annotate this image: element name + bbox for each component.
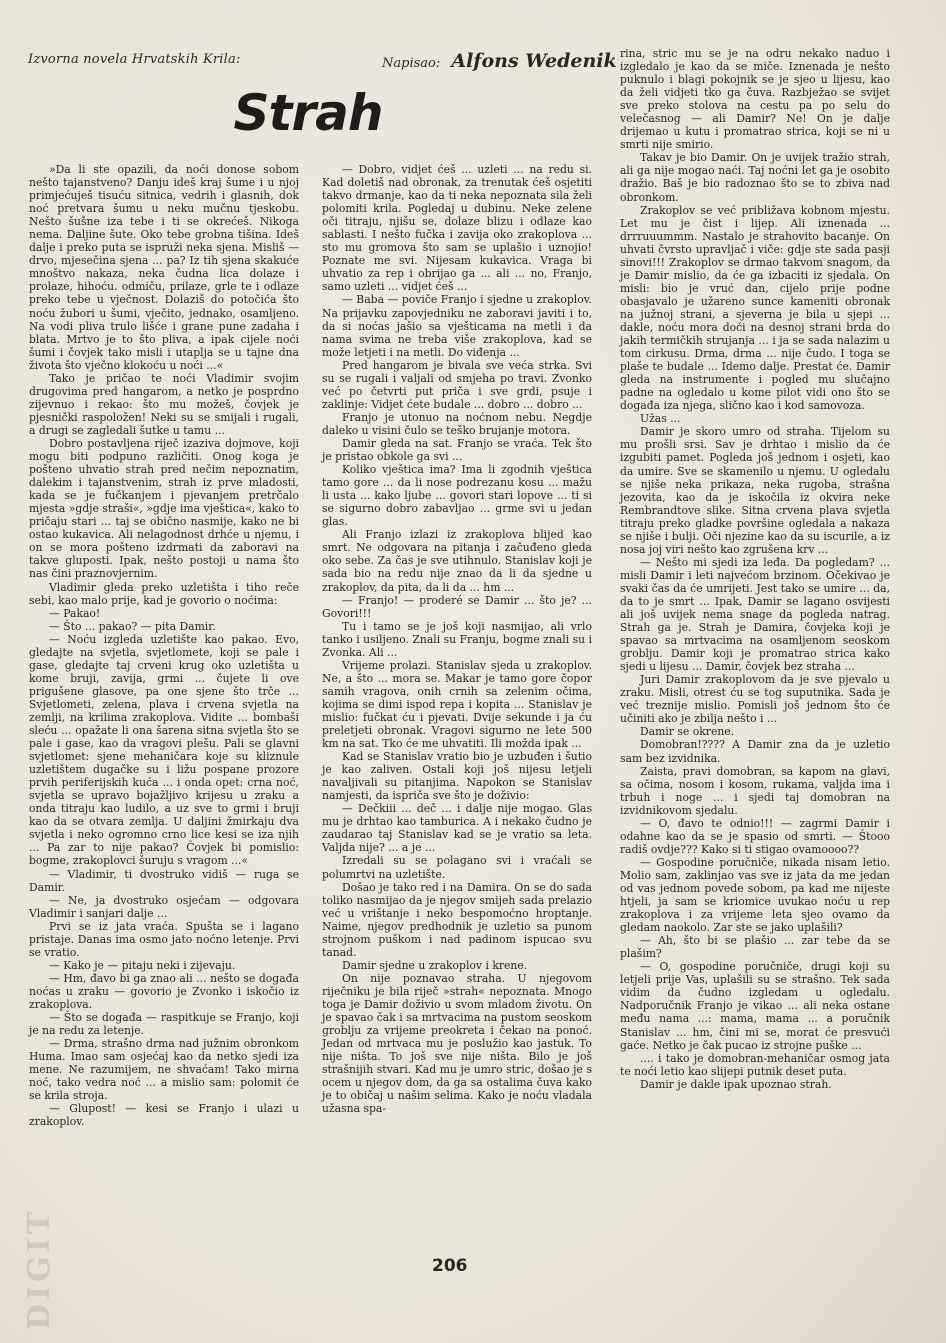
paragraph: — Dečkiii ... deč ... i dalje nije mogao… xyxy=(322,802,592,854)
paragraph: Zrakoplov se već približava kobnom mjest… xyxy=(620,204,890,413)
paragraph: — Što se događa — raspitkuje se Franjo, … xyxy=(29,1011,299,1037)
paragraph: Pred hangarom je bivala sve veća strka. … xyxy=(322,359,592,411)
paragraph: Damir sjedne u zrakoplov i krene. xyxy=(322,959,592,972)
paragraph: Koliko vještica ima? Ima li zgodnih vješ… xyxy=(322,463,592,528)
paragraph: rina, stric mu se je na odru nekako nadu… xyxy=(620,47,890,151)
paragraph: — Noću izgleda uzletište kao pakao. Evo,… xyxy=(29,633,299,868)
paragraph: — Drma, strašno drma nad južnim obronkom… xyxy=(29,1037,299,1102)
paragraph: Tu i tamo se je još koji nasmijao, ali v… xyxy=(322,620,592,659)
section-kicker: Izvorna novela Hrvatskih Krila: xyxy=(28,52,241,67)
paragraph: — Ah, što bi se plašio ... zar tebe da s… xyxy=(620,934,890,960)
paragraph: Domobran!???? A Damir zna da je uzletio … xyxy=(620,738,890,764)
paragraph: Izredali su se polagano svi i vraćali se… xyxy=(322,854,592,880)
paragraph: Zaista, pravi domobran, sa kapom na glav… xyxy=(620,765,890,817)
paragraph: Damir je skoro umro od straha. Tijelom s… xyxy=(620,425,890,555)
paragraph: Takav je bio Damir. On je uvijek tražio … xyxy=(620,151,890,203)
paragraph: Vladimir gleda preko uzletišta i tiho re… xyxy=(29,581,299,607)
paragraph: — Nešto mi sjedi iza leđa. Da pogledam? … xyxy=(620,556,890,673)
paragraph: Užas ... xyxy=(620,412,890,425)
paragraph: — Baba — poviče Franjo i sjedne u zrakop… xyxy=(322,293,592,358)
paragraph: Kad se Stanislav vratio bio je uzbuđen i… xyxy=(322,750,592,802)
paragraph: — Franjo! — proderé se Damir ... što je?… xyxy=(322,594,592,620)
page-number: 206 xyxy=(432,1256,468,1276)
paragraph: — Glupost! — kesi se Franjo i ulazi u zr… xyxy=(29,1102,299,1128)
paragraph: Ali Franjo izlazi iz zrakoplova blijed k… xyxy=(322,528,592,593)
byline: Napisao: Alfons Wedenik xyxy=(382,50,617,72)
byline-label: Napisao: xyxy=(382,56,440,71)
paragraph: Damir je dakle ipak upoznao strah. xyxy=(620,1078,890,1091)
paragraph: Prvi se iz jata vraća. Spušta se i lagan… xyxy=(29,920,299,959)
paragraph: Damir se okrene. xyxy=(620,725,890,738)
article-title: Strah xyxy=(218,78,398,148)
paragraph: Tako je pričao te noći Vladimir svojim d… xyxy=(29,372,299,437)
paragraph: Vrijeme prolazi. Stanislav sjeda u zrako… xyxy=(322,659,592,750)
paragraph: .... i tako je domobran-mehaničar osmog … xyxy=(620,1052,890,1078)
watermark: DIGIT xyxy=(22,1208,57,1330)
text-column-3: rina, stric mu se je na odru nekako nadu… xyxy=(620,47,890,1091)
magazine-page: DIGIT Izvorna novela Hrvatskih Krila: Na… xyxy=(0,0,946,1343)
paragraph: — Gospodine poručniče, nikada nisam leti… xyxy=(620,856,890,934)
paragraph: — Hm, đavo bi ga znao ali ... nešto se d… xyxy=(29,972,299,1011)
author-name: Alfons Wedenik xyxy=(451,50,616,72)
paragraph: Juri Damir zrakoplovom da je sve pjevalo… xyxy=(620,673,890,725)
paragraph: — Što ... pakao? — pita Damir. xyxy=(29,620,299,633)
paragraph: »Da li ste opazili, da noći donose sobom… xyxy=(29,163,299,372)
text-column-2: — Dobro, vidjet ćeš ... uzleti ... na re… xyxy=(322,163,592,1115)
paragraph: — Ne, ja dvostruko osjećam — odgovara Vl… xyxy=(29,894,299,920)
paragraph: Došao je tako red i na Damira. On se do … xyxy=(322,881,592,959)
paragraph: Dobro postavljena riječ izaziva dojmove,… xyxy=(29,437,299,581)
paragraph: — Kako je — pitaju neki i zijevaju. xyxy=(29,959,299,972)
paragraph: On nije poznavao straha. U njegovom rije… xyxy=(322,972,592,1116)
paragraph: — Vladimir, ti dvostruko vidiš — ruga se… xyxy=(29,868,299,894)
paragraph: — O, đavo te odnio!!! — zagrmi Damir i o… xyxy=(620,817,890,856)
text-column-1: »Da li ste opazili, da noći donose sobom… xyxy=(29,163,299,1128)
paragraph: — Pakao! xyxy=(29,607,299,620)
paragraph: Damir gleda na sat. Franjo se vraća. Tek… xyxy=(322,437,592,463)
paragraph: — O, gospodine poručniče, drugi koji su … xyxy=(620,960,890,1051)
paragraph: — Dobro, vidjet ćeš ... uzleti ... na re… xyxy=(322,163,592,293)
paragraph: Franjo je utonuo na noćnom nebu. Negdje … xyxy=(322,411,592,437)
